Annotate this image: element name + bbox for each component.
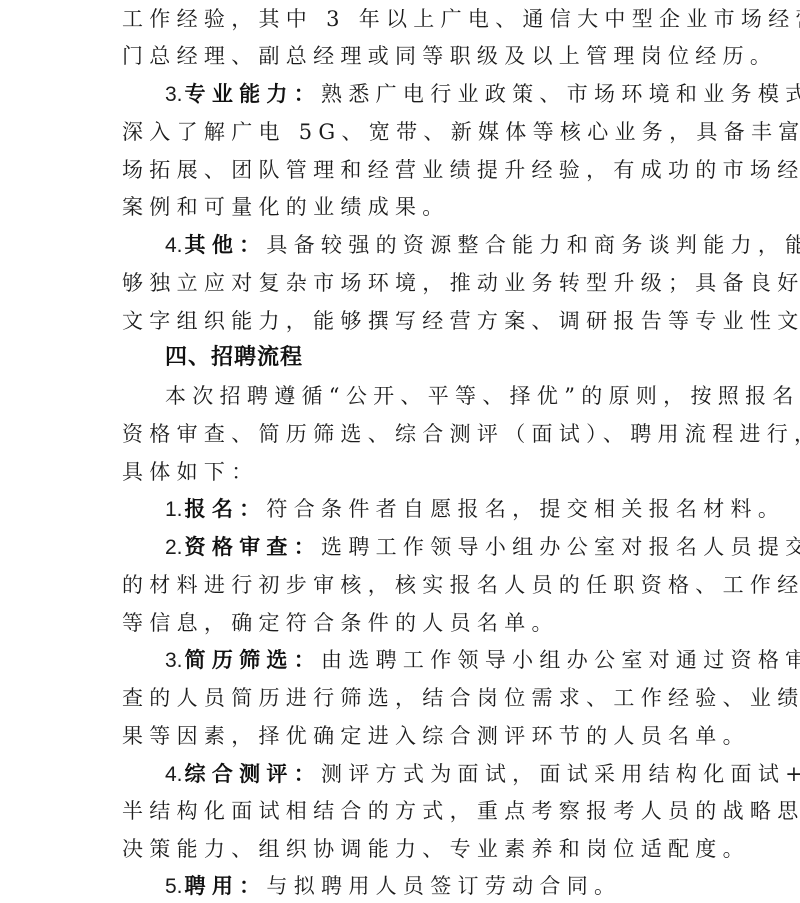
item-label: 报名： [185,496,267,521]
text-line: 资格审查、简历筛选、综合测评（面试）、聘用流程进行， [122,419,702,449]
text-line: 文字组织能力，能够撰写经营方案、调研报告等专业性文件。 [122,306,702,336]
list-item-qualification-review: 2.资格审查：选聘工作领导小组办公室对报名人员提交 [165,532,745,562]
item-label: 专业能力： [185,81,322,106]
item-text: 由选聘工作领导小组办公室对通过资格审 [321,648,800,672]
text-line: 查的人员简历进行筛选，结合岗位需求、工作经验、业绩成 [122,683,702,713]
list-item-assessment: 4.综合测评：测评方式为面试，面试采用结构化面试+ [165,759,745,789]
item-number: 3. [165,649,183,672]
text-line: 决策能力、组织协调能力、专业素养和岗位适配度。 [122,834,702,864]
text-line: 半结构化面试相结合的方式，重点考察报考人员的战略思维、 [122,796,702,826]
text-line: 门总经理、副总经理或同等职级及以上管理岗位经历。 [122,41,702,71]
item-text: 与拟聘用人员签订劳动合同。 [266,874,621,898]
text-line: 够独立应对复杂市场环境，推动业务转型升级；具备良好的 [122,268,702,298]
text-line: 案例和可量化的业绩成果。 [122,192,702,222]
text-line: 深入了解广电 5G、宽带、新媒体等核心业务，具备丰富的市 [122,117,702,147]
item-text: 具备较强的资源整合能力和商务谈判能力，能 [266,233,800,257]
item-label: 资格审查： [185,534,322,559]
text-line: 果等因素，择优确定进入综合测评环节的人员名单。 [122,721,702,751]
text-line: 的材料进行初步审核，核实报名人员的任职资格、工作经历 [122,570,702,600]
paragraph-line: 本次招聘遵循“公开、平等、择优”的原则，按照报名、 [165,381,745,411]
list-item-employment: 5.聘用：与拟聘用人员签订劳动合同。 [165,871,745,901]
item-number: 4. [165,234,183,257]
item-label: 其他： [185,232,267,257]
item-label: 简历筛选： [185,647,322,672]
item-number: 3. [165,83,183,106]
item-text: 选聘工作领导小组办公室对报名人员提交 [321,535,800,559]
document-page: 工作经验，其中 3 年以上广电、通信大中型企业市场经营部 门总经理、副总经理或同… [0,0,800,903]
item-number: 2. [165,536,183,559]
item-text: 测评方式为面试，面试采用结构化面试+ [321,762,800,786]
item-text: 符合条件者自愿报名，提交相关报名材料。 [266,497,785,521]
text-line: 场拓展、团队管理和经营业绩提升经验，有成功的市场经营 [122,155,702,185]
list-item-registration: 1.报名：符合条件者自愿报名，提交相关报名材料。 [165,494,745,524]
item-number: 5. [165,875,183,898]
item-number: 4. [165,763,183,786]
text-line: 等信息，确定符合条件的人员名单。 [122,608,702,638]
text-line: 工作经验，其中 3 年以上广电、通信大中型企业市场经营部 [122,4,702,34]
item-label: 综合测评： [185,761,322,786]
list-item-other: 4.其他：具备较强的资源整合能力和商务谈判能力，能 [165,230,745,260]
list-item-professional-ability: 3.专业能力：熟悉广电行业政策、市场环境和业务模式， [165,79,745,109]
item-text: 熟悉广电行业政策、市场环境和业务模式， [321,82,800,106]
section-heading: 四、招聘流程 [165,343,745,373]
item-label: 聘用： [185,873,267,898]
text-line: 具体如下： [122,457,702,487]
item-number: 1. [165,498,183,521]
list-item-resume-screening: 3.简历筛选：由选聘工作领导小组办公室对通过资格审 [165,645,745,675]
